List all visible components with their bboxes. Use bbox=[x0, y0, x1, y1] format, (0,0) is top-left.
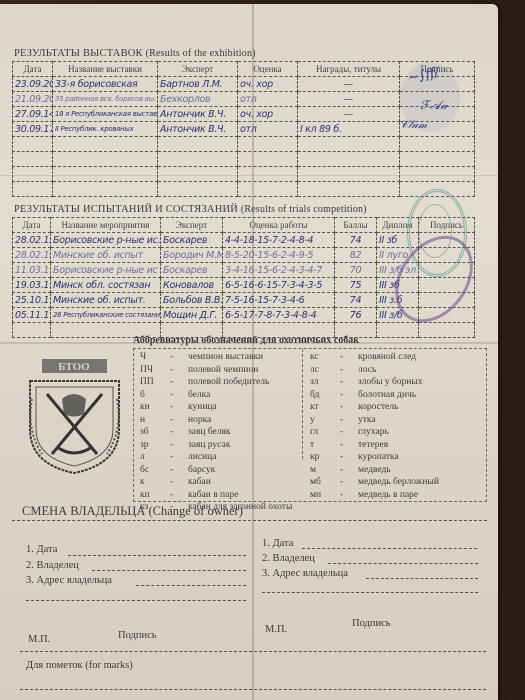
right-address-label: 3. Адрес владельца bbox=[262, 568, 348, 579]
cell-name: 26 Республиканские состязания на зайцу bbox=[51, 308, 161, 323]
cell-expert: Коновалов bbox=[161, 278, 223, 293]
right-seal-label: М.П. bbox=[265, 624, 287, 635]
right-owner-label: 2. Владелец bbox=[262, 553, 315, 564]
table-header-row: Дата Название выставки Эксперт Оценка На… bbox=[13, 62, 475, 77]
cell-grade: отл bbox=[238, 92, 298, 107]
cell-name: Борисовские р-ные ис. bbox=[51, 233, 161, 248]
cell-expert: Антончик В.Ч. bbox=[158, 122, 238, 137]
legend-item: кн-куница bbox=[140, 401, 292, 414]
legend-item: кп-кабан в паре bbox=[140, 489, 292, 502]
legend-item: зб-заяц беляк bbox=[140, 426, 292, 439]
legend-item: ПП-полевой победитель bbox=[140, 376, 292, 389]
cell-awards: I кл 89 б. bbox=[298, 122, 400, 137]
marks-field[interactable] bbox=[20, 689, 486, 690]
cell-grade: оч. хор bbox=[238, 77, 298, 92]
column-header: Оценка работы bbox=[223, 218, 335, 233]
left-signature-label: Подпись bbox=[118, 630, 157, 641]
cell-points: 82 bbox=[335, 248, 377, 263]
right-date-label: 1. Дата bbox=[262, 538, 293, 549]
legend-item: лс-лось bbox=[310, 364, 439, 377]
signature-scribble: 𝒞𝓁𝓊𝓂 bbox=[400, 118, 427, 132]
right-signature-label: Подпись bbox=[352, 618, 391, 629]
cell-work-score: 7-5-16-15-7-3-4-6 bbox=[223, 293, 335, 308]
table-row: 28.02.15 Борисовские р-ные ис. Боскарев … bbox=[13, 233, 475, 248]
legend-divider bbox=[302, 349, 303, 459]
cell-date: 28.02.16 bbox=[13, 248, 51, 263]
cell-date: 19.03.17 bbox=[13, 278, 51, 293]
left-date-field[interactable] bbox=[68, 555, 246, 556]
cell-expert: Боскарев bbox=[161, 263, 223, 278]
column-header: Эксперт bbox=[158, 62, 238, 77]
column-header: Эксперт bbox=[161, 218, 223, 233]
column-header: Дата bbox=[13, 62, 53, 77]
cell-date: 05.11.17 bbox=[13, 308, 51, 323]
table-header-row: Дата Название мероприятия Эксперт Оценка… bbox=[13, 218, 475, 233]
document-page: РЕЗУЛЬТАТЫ ВЫСТАВОК (Results of the exhi… bbox=[0, 4, 498, 700]
legend-item: гл-глухарь bbox=[310, 426, 439, 439]
abbreviations-right-column: кс-кровяной след лс-лось зл-злобы у борн… bbox=[310, 351, 439, 501]
column-header: Название мероприятия bbox=[51, 218, 161, 233]
trials-title-ru: РЕЗУЛЬТАТЫ ИСПЫТАНИЙ И СОСТЯЗАНИЙ bbox=[14, 204, 238, 215]
cell-points: 70 bbox=[335, 263, 377, 278]
cell-name: II Республик. кровяных bbox=[53, 122, 158, 137]
left-address-field-line2[interactable] bbox=[26, 600, 246, 601]
trials-title-en: (Results of trials competition) bbox=[241, 204, 367, 215]
abbreviations-legend: Ч-чемпион выставки ПЧ-полевой чемпион ПП… bbox=[133, 348, 487, 502]
exhibitions-title-ru: РЕЗУЛЬТАТЫ ВЫСТАВОК bbox=[14, 48, 143, 59]
cell-name: Минские об. испыт. bbox=[51, 293, 161, 308]
cell-date: 11.03.17 bbox=[13, 263, 51, 278]
legend-item: м-медведь bbox=[310, 464, 439, 477]
legend-item: ПЧ-полевой чемпион bbox=[140, 364, 292, 377]
legend-item: б-белка bbox=[140, 389, 292, 402]
legend-item: мб-медведь берложный bbox=[310, 476, 439, 489]
right-address-field-line2[interactable] bbox=[262, 592, 478, 593]
cell-work-score: 3-4-16-15-6-2-4-3-4-7 bbox=[223, 263, 335, 278]
column-header: Баллы bbox=[335, 218, 377, 233]
left-date-label: 1. Дата bbox=[26, 544, 57, 555]
cell-name: Минские об. испыт bbox=[51, 248, 161, 263]
cell-work-score: 8-5-20-15-6-2-4-9-5 bbox=[223, 248, 335, 263]
abbreviations-left-column: Ч-чемпион выставки ПЧ-полевой чемпион ПП… bbox=[140, 351, 292, 514]
signature-scribble: ℱ𝒜𝒶 bbox=[420, 98, 447, 113]
cell-awards: — bbox=[298, 77, 400, 92]
cell-points: 75 bbox=[335, 278, 377, 293]
left-owner-label: 2. Владелец bbox=[26, 560, 79, 571]
legend-item: кс-кровяной след bbox=[310, 351, 439, 364]
owner-change-title: СМЕНА ВЛАДЕЛЬЦА (Change of owner) bbox=[22, 504, 243, 519]
left-seal-label: М.П. bbox=[28, 634, 50, 645]
divider-line bbox=[20, 651, 486, 652]
column-header: Оценка bbox=[238, 62, 298, 77]
divider-line bbox=[12, 520, 487, 521]
exhibitions-title-en: (Results of the exhibition) bbox=[146, 48, 256, 59]
trials-title: РЕЗУЛЬТАТЫ ИСПЫТАНИЙ И СОСТЯЗАНИЙ (Resul… bbox=[14, 204, 367, 215]
cell-date: 21.09.2013 bbox=[13, 92, 53, 107]
cell-date: 25.10.17 bbox=[13, 293, 51, 308]
cell-name: Борисовские р-ные ис bbox=[51, 263, 161, 278]
cell-name: Минск обл. состязан bbox=[51, 278, 161, 293]
svg-text:БТОО: БТОО bbox=[58, 361, 90, 373]
legend-item: бс-барсук bbox=[140, 464, 292, 477]
cell-expert: Бородич М.М. bbox=[161, 248, 223, 263]
cell-name: 18 я Республиканская выставка bbox=[53, 107, 158, 122]
cell-grade: оч. хор bbox=[238, 107, 298, 122]
cell-points: 74 bbox=[335, 293, 377, 308]
legend-item: зр-заяц русак bbox=[140, 439, 292, 452]
legend-item: кр-куропатка bbox=[310, 451, 439, 464]
cell-date: 28.02.15 bbox=[13, 233, 51, 248]
legend-item: кт-коростель bbox=[310, 401, 439, 414]
legend-item: мп-медведь в паре bbox=[310, 489, 439, 502]
cell-date: 30.09.17 bbox=[13, 122, 53, 137]
exhibitions-title: РЕЗУЛЬТАТЫ ВЫСТАВОК (Results of the exhi… bbox=[14, 48, 256, 59]
cell-date: 27.09.14 bbox=[13, 107, 53, 122]
cell-expert: Бартнов Л.М. bbox=[158, 77, 238, 92]
cell-work-score: 4-4-18-15-7-2-4-8-4 bbox=[223, 233, 335, 248]
cell-expert: Антончик В.Ч. bbox=[158, 107, 238, 122]
abbreviations-title: Аббревиатуры обозначений для охотничьих … bbox=[133, 335, 359, 346]
cell-work-score: 6-5-17-7-8-7-3-4-8-4 bbox=[223, 308, 335, 323]
right-date-field[interactable] bbox=[302, 548, 477, 549]
column-header: Дата bbox=[13, 218, 51, 233]
left-owner-field[interactable] bbox=[92, 570, 246, 571]
cell-name: 35 районная вся. борисов вы. вкс bbox=[53, 92, 158, 107]
cell-expert: Мощин Д.Г. bbox=[161, 308, 223, 323]
column-header: Награды, титулы bbox=[298, 62, 400, 77]
right-address-field[interactable] bbox=[366, 578, 478, 579]
right-owner-field[interactable] bbox=[328, 563, 478, 564]
cell-name: 33-я борисовская bbox=[53, 77, 158, 92]
cell-awards: — bbox=[298, 92, 400, 107]
cell-points: 76 bbox=[335, 308, 377, 323]
legend-item: у-утка bbox=[310, 414, 439, 427]
legend-item: н-норка bbox=[140, 414, 292, 427]
legend-item: бд-болотная дичь bbox=[310, 389, 439, 402]
table-row bbox=[13, 137, 475, 152]
cell-expert: Бехкорлов bbox=[158, 92, 238, 107]
table-row bbox=[13, 167, 475, 182]
cell-points: 74 bbox=[335, 233, 377, 248]
left-address-label: 3. Адрес владельца bbox=[26, 575, 112, 586]
legend-item: к-кабан bbox=[140, 476, 292, 489]
legend-item: л-лисица bbox=[140, 451, 292, 464]
cell-awards: — bbox=[298, 107, 400, 122]
legend-item: т-тетерев bbox=[310, 439, 439, 452]
marks-label: Для пометок (for marks) bbox=[26, 660, 133, 671]
column-header: Название выставки bbox=[53, 62, 158, 77]
cell-expert: Боскарев bbox=[161, 233, 223, 248]
legend-item: Ч-чемпион выставки bbox=[140, 351, 292, 364]
left-address-field[interactable] bbox=[136, 585, 246, 586]
cell-expert: Больбов В.В. bbox=[161, 293, 223, 308]
table-row bbox=[13, 182, 475, 197]
cell-work-score: 6-5-16-6-15-7-3-4-3-5 bbox=[223, 278, 335, 293]
legend-item: зл-злобы у борных bbox=[310, 376, 439, 389]
cell-date: 23.09.2012 bbox=[13, 77, 53, 92]
table-row bbox=[13, 152, 475, 167]
club-emblem-icon: БТОО bbox=[22, 359, 127, 474]
cell-grade: отл bbox=[238, 122, 298, 137]
